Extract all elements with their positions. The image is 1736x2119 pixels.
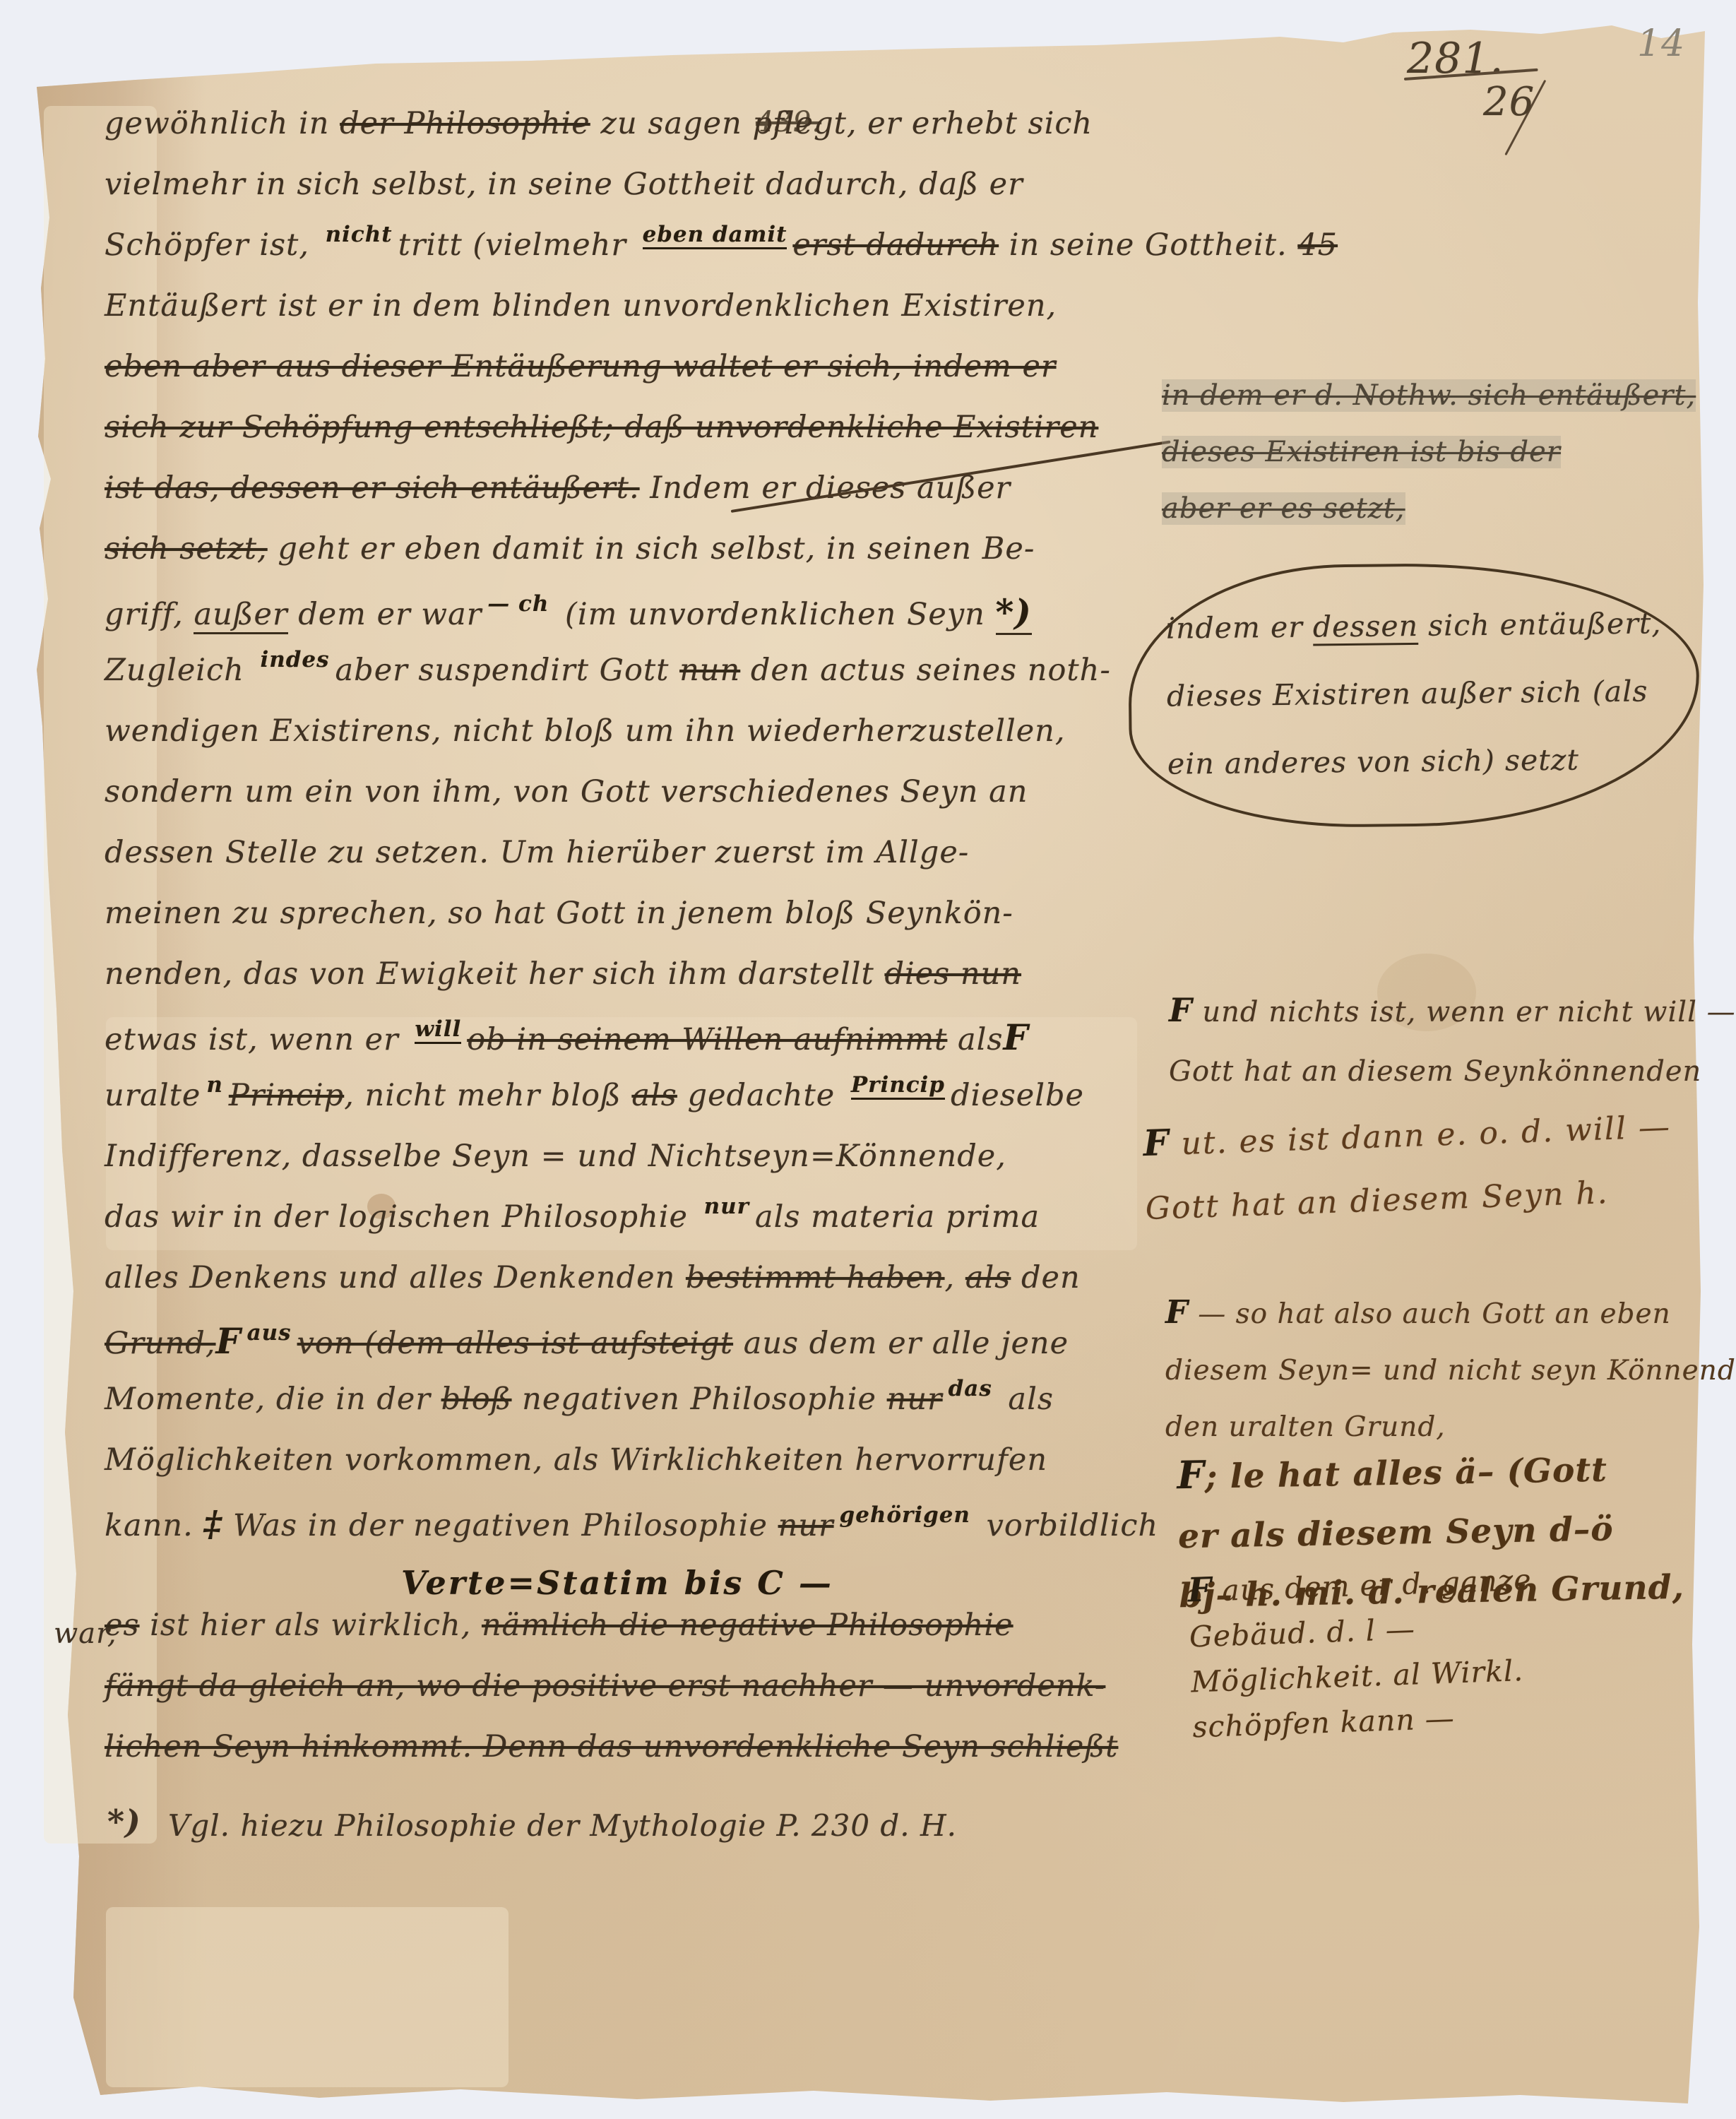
- manuscript-segment: sich entäußert,: [1418, 606, 1662, 643]
- manuscript-segment: in seine Gottheit.: [999, 227, 1297, 263]
- manuscript-segment: das wir in der logischen Philosophie: [105, 1199, 698, 1235]
- manuscript-segment: als: [947, 1022, 1003, 1057]
- manuscript-segment: gehörigen: [840, 1502, 970, 1528]
- manuscript-line: kann. ‡ Was in der negativen Philosophie…: [105, 1503, 1185, 1564]
- manuscript-line: sich zur Schöpfung entschließt; daß unvo…: [105, 410, 1185, 470]
- manuscript-segment: 45: [1297, 227, 1338, 263]
- manuscript-segment: Gebäud. d. l —: [1189, 1612, 1415, 1654]
- manuscript-segment: ,: [945, 1260, 965, 1295]
- manuscript-segment: ut. es ist dann e. o. d. will —: [1170, 1109, 1672, 1163]
- manuscript-segment: Indifferenz, dasselbe Seyn = und Nichtse…: [105, 1139, 1006, 1174]
- manuscript-segment: nämlich die negative Philosophie: [482, 1608, 1013, 1643]
- manuscript-segment: ist hier als wirklich,: [140, 1608, 482, 1643]
- manuscript-segment: negativen Philosophie: [512, 1382, 887, 1417]
- manuscript-segment: als: [631, 1078, 677, 1113]
- manuscript-segment: etwas ist, wenn er: [105, 1022, 409, 1057]
- manuscript-segment: den: [1011, 1260, 1080, 1295]
- folio-number-pencil: 14: [1637, 23, 1685, 65]
- manuscript-segment: das: [949, 1376, 992, 1401]
- manuscript-segment: vorbildlich: [976, 1508, 1158, 1543]
- manuscript-segment: fängt da gleich an, wo die positive erst…: [105, 1668, 1105, 1704]
- manuscript-line: Grund,Fausvon (dem alles ist aufsteigt a…: [105, 1321, 1185, 1382]
- manuscript-segment: den uralten Grund,: [1165, 1411, 1446, 1443]
- manuscript-segment: außer: [194, 597, 287, 634]
- manuscript-scan: 439. 281. 26 14 gewöhnlich in der Philos…: [0, 0, 1736, 2119]
- manuscript-line: Schöpfer ist, nichttritt (vielmehr eben …: [105, 227, 1185, 288]
- manuscript-segment: bloß: [441, 1382, 512, 1417]
- manuscript-segment: von (dem alles ist aufsteigt: [297, 1326, 733, 1361]
- manuscript-segment: tritt (vielmehr: [398, 227, 637, 263]
- manuscript-segment: und nichts ist, wenn er nicht will —: [1193, 996, 1736, 1028]
- manuscript-line: ist das, dessen er sich entäußert. Indem…: [105, 470, 1185, 531]
- manuscript-line: lichen Seyn hinkommt. Denn das unvordenk…: [105, 1729, 1185, 1790]
- manuscript-line: griff, außer dem er war— ch (im unvorden…: [105, 592, 1185, 653]
- manuscript-line: Momente, die in der bloß negativen Philo…: [105, 1382, 1185, 1442]
- manuscript-segment: dessen: [1313, 609, 1419, 646]
- margin-note-seynkoennen: F und nichts ist, wenn er nicht will —Go…: [1169, 980, 1736, 1101]
- manuscript-segment: kann.: [105, 1508, 203, 1543]
- manuscript-line: dieses Existiren ist bis der: [1162, 424, 1720, 480]
- sheet-number: 26: [1483, 79, 1535, 125]
- manuscript-line: in dem er d. Nothw. sich entäußert,: [1162, 367, 1720, 424]
- manuscript-segment: dieselbe: [951, 1078, 1084, 1113]
- main-text-block: gewöhnlich in der Philosophie zu sagen p…: [105, 106, 1185, 1790]
- manuscript-segment: n: [206, 1072, 223, 1098]
- manuscript-segment: aber er es setzt,: [1162, 492, 1405, 525]
- manuscript-line: Möglichkeiten vorkommen, als Wirklichkei…: [105, 1442, 1185, 1503]
- manuscript-line: dessen Stelle zu setzen. Um hierüber zue…: [105, 835, 1185, 896]
- manuscript-segment: (im unvordenklichen Seyn: [554, 597, 995, 632]
- manuscript-segment: sich setzt,: [105, 531, 268, 566]
- manuscript-line: Entäußert ist er in dem blinden unvorden…: [105, 288, 1185, 349]
- manuscript-segment: als materia prima: [755, 1199, 1040, 1235]
- footnote-marker: *): [107, 1803, 141, 1841]
- manuscript-segment: dieses Existiren außer sich (als: [1167, 675, 1648, 713]
- manuscript-line: etwas ist, wenn er willob in seinem Will…: [105, 1017, 1185, 1078]
- manuscript-segment: erst dadurch: [792, 227, 999, 263]
- manuscript-segment: bestimmt haben: [686, 1260, 945, 1295]
- manuscript-line: eben aber aus dieser Entäußerung waltet …: [105, 349, 1185, 410]
- manuscript-segment: F: [1177, 1452, 1205, 1498]
- margin-annotation-struck: in dem er d. Nothw. sich entäußert,diese…: [1162, 367, 1720, 537]
- manuscript-segment: der Philosophie: [340, 106, 590, 141]
- manuscript-line: uraltenPrincip, nicht mehr bloß als geda…: [105, 1078, 1185, 1139]
- manuscript-segment: aus: [247, 1320, 292, 1346]
- manuscript-segment: nur: [704, 1194, 749, 1219]
- margin-annotation-circled: indem er dessen sich entäußert,dieses Ex…: [1127, 561, 1701, 829]
- manuscript-segment: schöpfen kann —: [1192, 1701, 1456, 1744]
- manuscript-segment: , nicht mehr bloß: [344, 1078, 631, 1113]
- manuscript-segment: geht er eben damit in sich selbst, in se…: [268, 531, 1035, 566]
- manuscript-segment: dies nun: [884, 956, 1021, 992]
- manuscript-segment: indes: [261, 647, 330, 672]
- manuscript-segment: nur: [887, 1382, 943, 1417]
- manuscript-line: das wir in der logischen Philosophie nur…: [105, 1199, 1185, 1260]
- manuscript-line: aber er es setzt,: [1162, 480, 1720, 537]
- manuscript-line: diesem Seyn= und nicht seyn Könnenden un…: [1165, 1343, 1736, 1399]
- manuscript-segment: Princip: [229, 1078, 344, 1113]
- manuscript-segment: *): [996, 592, 1032, 635]
- manuscript-line: nenden, das von Ewigkeit her sich ihm da…: [105, 956, 1185, 1017]
- manuscript-segment: griff,: [105, 597, 194, 632]
- footnote-text: Vgl. hiezu Philosophie der Mythologie P.…: [168, 1808, 957, 1843]
- manuscript-segment: F: [1169, 991, 1193, 1029]
- manuscript-segment: gedachte: [677, 1078, 845, 1113]
- manuscript-segment: meinen zu sprechen, so hat Gott in jenem…: [105, 896, 1013, 931]
- manuscript-line: F und nichts ist, wenn er nicht will —: [1169, 980, 1736, 1042]
- manuscript-segment: sondern um ein von ihm, von Gott verschi…: [105, 774, 1028, 809]
- manuscript-segment: Momente, die in der: [105, 1382, 441, 1417]
- manuscript-segment: F: [216, 1321, 242, 1362]
- manuscript-segment: indem er: [1166, 610, 1313, 645]
- manuscript-segment: uralte: [105, 1078, 201, 1113]
- manuscript-segment: diesem Seyn= und nicht seyn Könnenden un…: [1165, 1355, 1736, 1387]
- manuscript-segment: Möglichkeiten vorkommen, als Wirklichkei…: [105, 1442, 1047, 1478]
- manuscript-segment: lichen Seyn hinkommt. Denn das unvordenk…: [105, 1729, 1118, 1764]
- manuscript-segment: — so hat also auch Gott an eben: [1189, 1298, 1671, 1330]
- manuscript-segment: F: [1003, 1017, 1028, 1058]
- manuscript-line: dieses Existiren außer sich (als: [1166, 657, 1661, 730]
- manuscript-line: Gott hat an diesem Seynkönnenden: [1169, 1042, 1736, 1101]
- manuscript-line: meinen zu sprechen, so hat Gott in jenem…: [105, 896, 1185, 956]
- manuscript-segment: sich zur Schöpfung entschließt; daß unvo…: [105, 410, 1098, 445]
- manuscript-segment: nur: [778, 1508, 834, 1543]
- manuscript-line: sich setzt, geht er eben damit in sich s…: [105, 531, 1185, 592]
- manuscript-segment: Zugleich: [105, 653, 255, 688]
- manuscript-segment: eben damit: [643, 222, 787, 249]
- manuscript-line: Zugleich indesaber suspendirt Gott nun d…: [105, 653, 1185, 713]
- manuscript-segment: Princip: [851, 1072, 945, 1100]
- manuscript-segment: nicht: [326, 222, 393, 247]
- manuscript-line: alles Denkens und alles Denkenden bestim…: [105, 1260, 1185, 1321]
- manuscript-segment: Schöpfer ist,: [105, 227, 320, 263]
- manuscript-segment: als: [998, 1382, 1054, 1417]
- manuscript-line: er als diesem Seyn d–ö: [1177, 1499, 1684, 1567]
- manuscript-segment: gewöhnlich in: [105, 106, 340, 141]
- manuscript-line: vielmehr in sich selbst, in seine Gotthe…: [105, 167, 1185, 227]
- manuscript-line: es ist hier als wirklich, nämlich die ne…: [105, 1608, 1185, 1668]
- margin-note-scrawl-1: F ut. es ist dann e. o. d. will —Gott ha…: [1142, 1093, 1675, 1241]
- manuscript-segment: wendigen Existirens, nicht bloß um ihn w…: [105, 713, 1066, 749]
- manuscript-segment: als: [965, 1260, 1011, 1295]
- insertion-note-verte: Verte=Statim bis C —: [105, 1564, 1185, 1608]
- manuscript-segment: F: [1143, 1121, 1171, 1164]
- manuscript-line: fängt da gleich an, wo die positive erst…: [105, 1668, 1185, 1729]
- manuscript-segment: will: [415, 1016, 461, 1044]
- manuscript-segment: den actus seines noth-: [740, 653, 1111, 688]
- manuscript-segment: Entäußert ist er in dem blinden unvorden…: [105, 288, 1057, 324]
- manuscript-segment: ‡: [203, 1503, 222, 1544]
- manuscript-segment: Grund,: [105, 1326, 216, 1361]
- manuscript-segment: F: [1187, 1570, 1213, 1610]
- manuscript-line: wendigen Existirens, nicht bloß um ihn w…: [105, 713, 1185, 774]
- manuscript-segment: nun: [679, 653, 740, 688]
- manuscript-segment: aus dem er alle jene: [733, 1326, 1069, 1361]
- manuscript-segment: Möglichkeit. al Wirkl.: [1190, 1654, 1523, 1699]
- tape-repair-bottom: [106, 1907, 509, 2087]
- manuscript-segment: aber suspendirt Gott: [335, 653, 680, 688]
- manuscript-line: indem er dessen sich entäußert,: [1165, 589, 1660, 662]
- manuscript-segment: Was in der negativen Philosophie: [222, 1508, 778, 1543]
- manuscript-line: F; le hat alles ä– (Gott: [1177, 1437, 1683, 1507]
- manuscript-segment: Verte=Statim bis C —: [401, 1564, 833, 1602]
- margin-left-word: war,: [54, 1618, 117, 1650]
- manuscript-segment: alles Denkens und alles Denkenden: [105, 1260, 686, 1295]
- manuscript-segment: ein anderes von sich) setzt: [1167, 743, 1579, 781]
- manuscript-segment: dem er war: [288, 597, 482, 632]
- manuscript-segment: ist das, dessen er sich entäußert.: [105, 470, 640, 506]
- manuscript-segment: — ch: [487, 591, 549, 617]
- manuscript-line: F — so hat also auch Gott an eben: [1165, 1284, 1736, 1343]
- manuscript-line: Indifferenz, dasselbe Seyn = und Nichtse…: [105, 1139, 1185, 1199]
- manuscript-line: ein anderes von sich) setzt: [1167, 725, 1663, 797]
- manuscript-segment: F: [1165, 1293, 1189, 1331]
- manuscript-segment: Gott hat an diesem Seynkönnenden: [1169, 1055, 1701, 1088]
- manuscript-segment: ; le hat alles ä– (Gott: [1205, 1451, 1608, 1497]
- manuscript-segment: er als diesem Seyn d–ö: [1178, 1509, 1615, 1556]
- manuscript-segment: dessen Stelle zu setzen. Um hierüber zue…: [105, 835, 969, 870]
- manuscript-segment: eben aber aus dieser Entäußerung waltet …: [105, 349, 1056, 384]
- manuscript-segment: zu sagen pflegt, er erhebt sich: [590, 106, 1093, 141]
- manuscript-segment: aus dem er d. ganze: [1211, 1563, 1532, 1608]
- manuscript-line: sondern um ein von ihm, von Gott verschi…: [105, 774, 1185, 835]
- margin-note-grund: F — so hat also auch Gott an ebendiesem …: [1165, 1284, 1736, 1456]
- manuscript-segment: ob in seinem Willen aufnimmt: [467, 1022, 947, 1057]
- manuscript-segment: dieses Existiren ist bis der: [1162, 436, 1561, 468]
- manuscript-segment: in dem er d. Nothw. sich entäußert,: [1162, 379, 1696, 412]
- manuscript-line: gewöhnlich in der Philosophie zu sagen p…: [105, 106, 1185, 167]
- manuscript-segment: vielmehr in sich selbst, in seine Gotthe…: [105, 167, 1023, 202]
- margin-note-schoepfen: F aus dem er d. ganzeGebäud. d. l —Mögli…: [1187, 1557, 1538, 1750]
- manuscript-segment: Gott hat an diesem Seyn h.: [1145, 1175, 1609, 1227]
- manuscript-segment: nenden, das von Ewigkeit her sich ihm da…: [105, 956, 884, 992]
